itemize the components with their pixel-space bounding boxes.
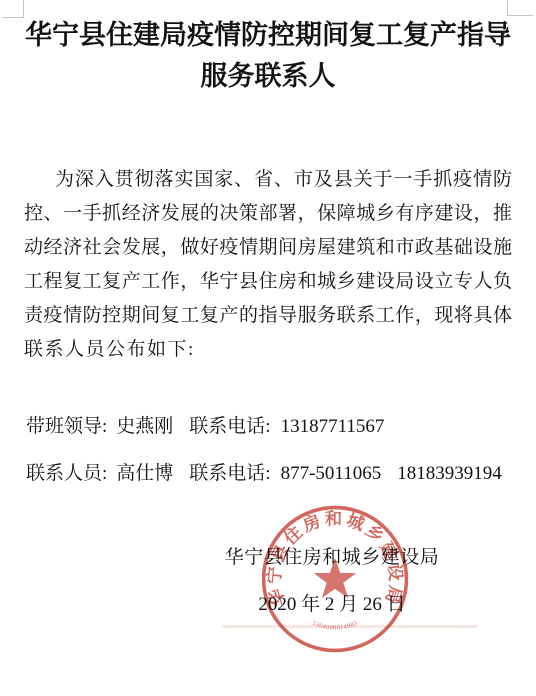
phone-label: 联系电话: xyxy=(189,463,270,484)
phone-number: 877-5011065 xyxy=(281,463,382,484)
body-paragraph: 为深入贯彻落实国家、省、市及县关于一手抓疫情防 控、一手抓经济发展的决策部署，保… xyxy=(24,163,512,367)
phone-number: 13187711567 xyxy=(281,416,385,437)
contact-role-label: 带班领导: xyxy=(26,416,107,437)
contact-role-label: 联系人员: xyxy=(26,463,107,484)
body-line: 联系人员公布如下: xyxy=(24,333,512,367)
title-line-1: 华宁县住建局疫情防控期间复工复产指导 xyxy=(0,15,536,56)
title-line-2: 服务联系人 xyxy=(0,56,536,97)
body-line: 责疫情防控期间复工复产的指导服务联系工作，现将具体 xyxy=(24,299,512,333)
text-boundary-mark-top-right xyxy=(507,0,533,16)
body-line: 动经济社会发展，做好疫情期间房屋建筑和市政基础设施 xyxy=(24,231,512,265)
signature-block: 华宁县住房和城乡建设局 2020 年 2 月 26 日 xyxy=(224,541,440,622)
signature-date: 2020 年 2 月 26 日 xyxy=(224,588,440,622)
body-line: 控、一手抓经济发展的决策部署，保障城乡有序建设，推 xyxy=(24,197,512,231)
contact-name: 史燕刚 xyxy=(116,416,173,437)
document-title: 华宁县住建局疫情防控期间复工复产指导 服务联系人 xyxy=(0,15,536,97)
phone-label: 联系电话: xyxy=(189,416,270,437)
contact-row-leader: 带班领导:史燕刚联系电话:13187711567 xyxy=(26,410,384,444)
document-page: { "page": { "background": "#ffffff", "te… xyxy=(0,0,536,696)
contact-row-person: 联系人员:高仕博联系电话:877-501106518183939194 xyxy=(26,457,502,491)
signature-org: 华宁县住房和城乡建设局 xyxy=(224,541,440,575)
body-line: 为深入贯彻落实国家、省、市及县关于一手抓疫情防 xyxy=(24,163,512,197)
contact-name: 高仕博 xyxy=(116,463,173,484)
scan-artifact xyxy=(222,625,478,628)
body-line: 工程复工复产工作，华宁县住房和城乡建设局设立专人负 xyxy=(24,265,512,299)
phone-number-secondary: 18183939194 xyxy=(397,463,502,484)
